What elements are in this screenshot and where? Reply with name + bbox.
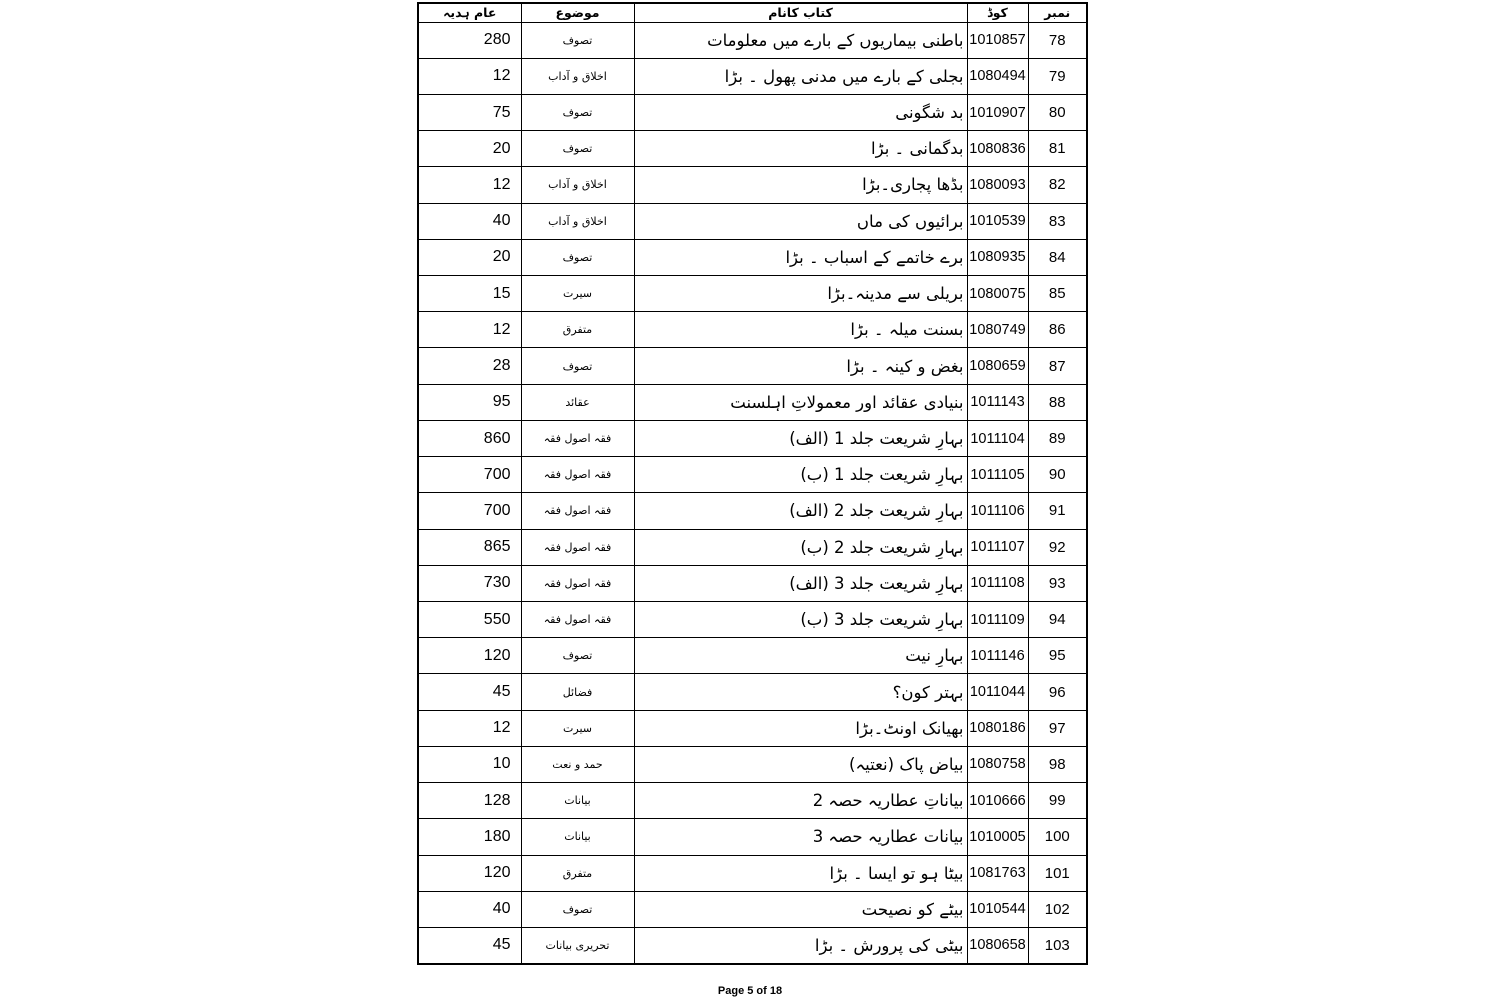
- cell-code: 1081763: [967, 855, 1028, 891]
- cell-code: 1080758: [967, 746, 1028, 782]
- cell-code: 1010544: [967, 891, 1028, 927]
- cell-hadiya: 700: [418, 493, 521, 529]
- cell-code: 1080075: [967, 276, 1028, 312]
- cell-hadiya: 12: [418, 312, 521, 348]
- cell-subject: سیرت: [521, 710, 634, 746]
- cell-number: 103: [1028, 927, 1087, 963]
- cell-book-name: بیاناتِ عطاریہ حصہ 2: [634, 783, 967, 819]
- cell-hadiya: 75: [418, 94, 521, 130]
- table-row: 80 1010907 بد شگونی تصوف 75: [418, 94, 1087, 130]
- cell-code: 1011143: [967, 384, 1028, 420]
- cell-subject: متفرق: [521, 312, 634, 348]
- cell-hadiya: 40: [418, 891, 521, 927]
- table-row: 101 1081763 بیٹا ہو تو ایسا ۔ بڑا متفرق …: [418, 855, 1087, 891]
- cell-number: 94: [1028, 602, 1087, 638]
- cell-book-name: بنیادی عقائد اور معمولاتِ اہلسنت: [634, 384, 967, 420]
- cell-book-name: بہارِ شریعت جلد 1 (الف): [634, 420, 967, 456]
- cell-book-name: بیٹی کی پرورش ۔ بڑا: [634, 927, 967, 963]
- table-row: 89 1011104 بہارِ شریعت جلد 1 (الف) فقہ ا…: [418, 420, 1087, 456]
- cell-book-name: بیانات عطاریہ حصہ 3: [634, 819, 967, 855]
- cell-code: 1011104: [967, 420, 1028, 456]
- cell-hadiya: 860: [418, 420, 521, 456]
- table-row: 91 1011106 بہارِ شریعت جلد 2 (الف) فقہ ا…: [418, 493, 1087, 529]
- cell-subject: بیانات: [521, 819, 634, 855]
- cell-book-name: بسنت میلہ ۔ بڑا: [634, 312, 967, 348]
- cell-number: 79: [1028, 58, 1087, 94]
- cell-number: 102: [1028, 891, 1087, 927]
- cell-subject: تصوف: [521, 348, 634, 384]
- cell-book-name: برے خاتمے کے اسباب ۔ بڑا: [634, 239, 967, 275]
- header-row: نمبر کوڈ کتاب کانام موضوع عام ہدیہ: [418, 3, 1087, 22]
- cell-book-name: بہارِ نیت: [634, 638, 967, 674]
- cell-book-name: برائیوں کی ماں: [634, 203, 967, 239]
- cell-subject: اخلاق و آداب: [521, 203, 634, 239]
- table-row: 82 1080093 بڈھا پجاری۔بڑا اخلاق و آداب 1…: [418, 167, 1087, 203]
- cell-hadiya: 20: [418, 131, 521, 167]
- cell-hadiya: 45: [418, 674, 521, 710]
- cell-number: 99: [1028, 783, 1087, 819]
- table-row: 94 1011109 بہارِ شریعت جلد 3 (ب) فقہ اصو…: [418, 602, 1087, 638]
- cell-subject: تحریری بیانات: [521, 927, 634, 963]
- cell-book-name: بھیانک اونٹ۔بڑا: [634, 710, 967, 746]
- cell-hadiya: 20: [418, 239, 521, 275]
- cell-book-name: بہارِ شریعت جلد 2 (الف): [634, 493, 967, 529]
- cell-code: 1010539: [967, 203, 1028, 239]
- cell-hadiya: 128: [418, 783, 521, 819]
- cell-code: 1011107: [967, 529, 1028, 565]
- cell-book-name: بیٹے کو نصیحت: [634, 891, 967, 927]
- books-table: نمبر کوڈ کتاب کانام موضوع عام ہدیہ 78 10…: [417, 2, 1088, 965]
- cell-hadiya: 120: [418, 638, 521, 674]
- cell-number: 85: [1028, 276, 1087, 312]
- cell-book-name: بہارِ شریعت جلد 3 (ب): [634, 602, 967, 638]
- cell-number: 100: [1028, 819, 1087, 855]
- cell-book-name: بیٹا ہو تو ایسا ۔ بڑا: [634, 855, 967, 891]
- cell-code: 1080494: [967, 58, 1028, 94]
- cell-book-name: بہارِ شریعت جلد 2 (ب): [634, 529, 967, 565]
- cell-subject: فقہ اصول فقہ: [521, 420, 634, 456]
- cell-number: 82: [1028, 167, 1087, 203]
- cell-hadiya: 10: [418, 746, 521, 782]
- cell-book-name: بہارِ شریعت جلد 3 (الف): [634, 565, 967, 601]
- table-row: 81 1080836 بدگمانی ۔ بڑا تصوف 20: [418, 131, 1087, 167]
- table-row: 102 1010544 بیٹے کو نصیحت تصوف 40: [418, 891, 1087, 927]
- col-header-subject: موضوع: [521, 3, 634, 22]
- cell-subject: اخلاق و آداب: [521, 58, 634, 94]
- cell-code: 1010907: [967, 94, 1028, 130]
- cell-number: 97: [1028, 710, 1087, 746]
- cell-code: 1010857: [967, 22, 1028, 58]
- cell-book-name: بریلی سے مدینہ۔بڑا: [634, 276, 967, 312]
- cell-number: 91: [1028, 493, 1087, 529]
- table-row: 90 1011105 بہارِ شریعت جلد 1 (ب) فقہ اصو…: [418, 457, 1087, 493]
- cell-book-name: بد شگونی: [634, 94, 967, 130]
- cell-number: 88: [1028, 384, 1087, 420]
- cell-code: 1080658: [967, 927, 1028, 963]
- cell-hadiya: 12: [418, 58, 521, 94]
- cell-code: 1080749: [967, 312, 1028, 348]
- table-row: 84 1080935 برے خاتمے کے اسباب ۔ بڑا تصوف…: [418, 239, 1087, 275]
- cell-number: 96: [1028, 674, 1087, 710]
- cell-code: 1010005: [967, 819, 1028, 855]
- cell-code: 1011105: [967, 457, 1028, 493]
- col-header-name: کتاب کانام: [634, 3, 967, 22]
- cell-subject: سیرت: [521, 276, 634, 312]
- table-row: 85 1080075 بریلی سے مدینہ۔بڑا سیرت 15: [418, 276, 1087, 312]
- cell-hadiya: 12: [418, 167, 521, 203]
- cell-hadiya: 40: [418, 203, 521, 239]
- cell-code: 1080836: [967, 131, 1028, 167]
- cell-subject: بیانات: [521, 783, 634, 819]
- cell-book-name: بہتر کون؟: [634, 674, 967, 710]
- cell-hadiya: 700: [418, 457, 521, 493]
- cell-number: 87: [1028, 348, 1087, 384]
- cell-book-name: باطنی بیماریوں کے بارے میں معلومات: [634, 22, 967, 58]
- table-row: 92 1011107 بہارِ شریعت جلد 2 (ب) فقہ اصو…: [418, 529, 1087, 565]
- table-row: 86 1080749 بسنت میلہ ۔ بڑا متفرق 12: [418, 312, 1087, 348]
- cell-number: 98: [1028, 746, 1087, 782]
- cell-subject: حمد و نعت: [521, 746, 634, 782]
- cell-subject: فقہ اصول فقہ: [521, 493, 634, 529]
- table-row: 98 1080758 بیاض پاک (نعتیہ) حمد و نعت 10: [418, 746, 1087, 782]
- col-header-code: کوڈ: [967, 3, 1028, 22]
- cell-subject: تصوف: [521, 891, 634, 927]
- table-row: 78 1010857 باطنی بیماریوں کے بارے میں مع…: [418, 22, 1087, 58]
- col-header-number: نمبر: [1028, 3, 1087, 22]
- page-number-footer: Page 5 of 18: [0, 985, 1500, 997]
- cell-hadiya: 45: [418, 927, 521, 963]
- cell-hadiya: 865: [418, 529, 521, 565]
- cell-subject: فقہ اصول فقہ: [521, 529, 634, 565]
- cell-number: 83: [1028, 203, 1087, 239]
- cell-number: 93: [1028, 565, 1087, 601]
- cell-subject: اخلاق و آداب: [521, 167, 634, 203]
- cell-book-name: بجلی کے بارے میں مدنی پھول ۔ بڑا: [634, 58, 967, 94]
- cell-hadiya: 550: [418, 602, 521, 638]
- cell-code: 1011106: [967, 493, 1028, 529]
- cell-hadiya: 95: [418, 384, 521, 420]
- cell-code: 1080659: [967, 348, 1028, 384]
- cell-subject: عقائد: [521, 384, 634, 420]
- cell-code: 1010666: [967, 783, 1028, 819]
- cell-subject: تصوف: [521, 94, 634, 130]
- table-row: 87 1080659 بغض و کینہ ۔ بڑا تصوف 28: [418, 348, 1087, 384]
- cell-code: 1011109: [967, 602, 1028, 638]
- cell-number: 81: [1028, 131, 1087, 167]
- table-row: 103 1080658 بیٹی کی پرورش ۔ بڑا تحریری ب…: [418, 927, 1087, 963]
- table-row: 99 1010666 بیاناتِ عطاریہ حصہ 2 بیانات 1…: [418, 783, 1087, 819]
- cell-number: 86: [1028, 312, 1087, 348]
- col-header-hadiya: عام ہدیہ: [418, 3, 521, 22]
- cell-number: 84: [1028, 239, 1087, 275]
- table-row: 83 1010539 برائیوں کی ماں اخلاق و آداب 4…: [418, 203, 1087, 239]
- cell-code: 1080935: [967, 239, 1028, 275]
- table-row: 97 1080186 بھیانک اونٹ۔بڑا سیرت 12: [418, 710, 1087, 746]
- cell-subject: تصوف: [521, 239, 634, 275]
- table-row: 93 1011108 بہارِ شریعت جلد 3 (الف) فقہ ا…: [418, 565, 1087, 601]
- cell-number: 101: [1028, 855, 1087, 891]
- cell-hadiya: 280: [418, 22, 521, 58]
- cell-subject: فقہ اصول فقہ: [521, 565, 634, 601]
- cell-code: 1080186: [967, 710, 1028, 746]
- table-row: 100 1010005 بیانات عطاریہ حصہ 3 بیانات 1…: [418, 819, 1087, 855]
- cell-subject: تصوف: [521, 22, 634, 58]
- table-header: نمبر کوڈ کتاب کانام موضوع عام ہدیہ: [418, 3, 1087, 22]
- table-body: 78 1010857 باطنی بیماریوں کے بارے میں مع…: [418, 22, 1087, 964]
- table-row: 88 1011143 بنیادی عقائد اور معمولاتِ اہل…: [418, 384, 1087, 420]
- cell-code: 1080093: [967, 167, 1028, 203]
- cell-hadiya: 180: [418, 819, 521, 855]
- cell-book-name: بغض و کینہ ۔ بڑا: [634, 348, 967, 384]
- cell-number: 89: [1028, 420, 1087, 456]
- cell-subject: فقہ اصول فقہ: [521, 602, 634, 638]
- cell-subject: فقہ اصول فقہ: [521, 457, 634, 493]
- cell-number: 95: [1028, 638, 1087, 674]
- cell-hadiya: 15: [418, 276, 521, 312]
- cell-book-name: بدگمانی ۔ بڑا: [634, 131, 967, 167]
- cell-book-name: بیاض پاک (نعتیہ): [634, 746, 967, 782]
- table-row: 95 1011146 بہارِ نیت تصوف 120: [418, 638, 1087, 674]
- cell-code: 1011108: [967, 565, 1028, 601]
- cell-subject: متفرق: [521, 855, 634, 891]
- cell-subject: تصوف: [521, 131, 634, 167]
- cell-hadiya: 28: [418, 348, 521, 384]
- cell-subject: فضائل: [521, 674, 634, 710]
- table-row: 96 1011044 بہتر کون؟ فضائل 45: [418, 674, 1087, 710]
- cell-number: 78: [1028, 22, 1087, 58]
- cell-number: 80: [1028, 94, 1087, 130]
- cell-book-name: بڈھا پجاری۔بڑا: [634, 167, 967, 203]
- cell-number: 90: [1028, 457, 1087, 493]
- cell-code: 1011044: [967, 674, 1028, 710]
- cell-book-name: بہارِ شریعت جلد 1 (ب): [634, 457, 967, 493]
- cell-hadiya: 730: [418, 565, 521, 601]
- document-page: نمبر کوڈ کتاب کانام موضوع عام ہدیہ 78 10…: [0, 0, 1500, 1000]
- cell-code: 1011146: [967, 638, 1028, 674]
- cell-hadiya: 120: [418, 855, 521, 891]
- table-row: 79 1080494 بجلی کے بارے میں مدنی پھول ۔ …: [418, 58, 1087, 94]
- cell-subject: تصوف: [521, 638, 634, 674]
- cell-hadiya: 12: [418, 710, 521, 746]
- cell-number: 92: [1028, 529, 1087, 565]
